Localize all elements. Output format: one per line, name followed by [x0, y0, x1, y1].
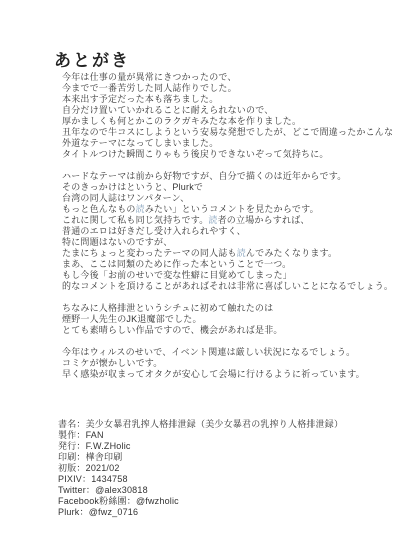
line-segment: もっと色んなもの	[62, 204, 136, 214]
afterword-line: タイトルつけた瞬間こりゃもう後戻りできないぞって気持ちに。	[62, 149, 382, 160]
colophon-separator: ：	[80, 507, 89, 517]
afterword-line: ハードなテーマは前から好物ですが、自分で描くのは近年からです。	[62, 171, 382, 182]
colophon-separator: ：	[76, 441, 85, 451]
afterword-line: 厚かましくも何とかこのラクガキみたな本を作りました。	[62, 116, 382, 127]
afterword-line: もし今後「お前のせいで変な性癖に目覚めてしまった」	[62, 270, 382, 281]
afterword-line: ちなみに人格排泄というシチュに初めて触れたのは	[62, 303, 382, 314]
colophon-row-title: 書名：美少女暴君乳搾人格排泄録（美少女暴君の乳搾り人格排泄録）	[58, 419, 343, 430]
colophon-row-publisher: 発行：F.W.ZHolic	[58, 441, 343, 452]
afterword-line: 特に問題はないのですが、	[62, 237, 382, 248]
paragraph-2: ハードなテーマは前から好物ですが、自分で描くのは近年からです。 そのきっかけはと…	[62, 171, 382, 292]
afterword-line: 的なコメントを頂けることがあればそれは非常に喜ばしいことになるでしょう。	[62, 281, 382, 292]
afterword-line: 今年は仕事の量が異常にきつかったので、	[62, 72, 382, 83]
line-segment: みたい」というコメントを見たからです。	[145, 204, 319, 214]
colophon-label: Facebook粉絲團	[58, 496, 127, 506]
colophon-label: PIXIV	[58, 474, 82, 484]
afterword-line: そのきっかけはというと、Plurkで	[62, 182, 382, 193]
colophon-row-twitter: Twitter：@alex30818	[58, 485, 343, 496]
colophon-label: 製作	[58, 430, 76, 440]
colophon-label: 発行	[58, 441, 76, 451]
afterword-page: あとがき 今年は仕事の量が異常にきつかったので、 今までで一番苦労した同人誌作り…	[0, 0, 400, 560]
colophon-value: 樺舎印刷	[86, 452, 123, 462]
paragraph-3: ちなみに人格排泄というシチュに初めて触れたのは 煙野一人先生のJK退魔部でした。…	[62, 303, 382, 336]
colophon-separator: ：	[76, 419, 85, 429]
afterword-line: これに関して私も同じ気持ちです。読者の立場からすれば、	[62, 215, 382, 226]
afterword-line: コミケが懐かしいです。	[62, 358, 382, 369]
afterword-line: 本来出す予定だった本も落ちました。	[62, 94, 382, 105]
afterword-line: 台湾の同人誌はワンパターン、	[62, 193, 382, 204]
afterword-line: 丑年なので牛コスにしようという安易な発想でしたが、どこで間違ったかこんな	[62, 127, 382, 138]
paragraph-4: 今年はウィルスのせいで、イベント関連は厳しい状況になるでしょう。 コミケが懐かし…	[62, 347, 382, 380]
colophon-row-edition: 初版：2021/02	[58, 463, 343, 474]
afterword-line: 早く感染が収まってオタクが安心して会場に行けるように祈っています。	[62, 369, 382, 380]
colophon-separator: ：	[76, 463, 85, 473]
colophon-value: @alex30818	[95, 485, 148, 495]
colophon-label: 初版	[58, 463, 76, 473]
afterword-line: 自分だけ置いていかれることに耐えられないので、	[62, 105, 382, 116]
colophon-value: FAN	[86, 430, 104, 440]
afterword-body: 今年は仕事の量が異常にきつかったので、 今までで一番苦労した同人誌作りでした。 …	[62, 72, 382, 380]
highlighted-kanji: 読	[237, 248, 246, 258]
colophon-row-pixiv: PIXIV：1434758	[58, 474, 343, 485]
afterword-line: 今年はウィルスのせいで、イベント関連は厳しい状況になるでしょう。	[62, 347, 382, 358]
line-segment: これに関して私も同じ気持ちです。	[62, 215, 208, 225]
colophon-label: 書名	[58, 419, 76, 429]
afterword-line: 煙野一人先生のJK退魔部でした。	[62, 314, 382, 325]
afterword-line: 外道なテーマになってしまいました。	[62, 138, 382, 149]
afterword-line: もっと色んなもの読みたい」というコメントを見たからです。	[62, 204, 382, 215]
highlighted-kanji: 読	[208, 215, 217, 225]
highlighted-kanji: 読	[136, 204, 145, 214]
colophon-label: Plurk	[58, 507, 80, 517]
colophon-value: 2021/02	[86, 463, 120, 473]
colophon-value: @fwz_0716	[89, 507, 138, 517]
line-segment: 者の立場からすれば、	[218, 215, 310, 225]
colophon-row-facebook: Facebook粉絲團：@fwzholic	[58, 496, 343, 507]
afterword-line: 今までで一番苦労した同人誌作りでした。	[62, 83, 382, 94]
afterword-line: とても素晴らしい作品ですので、機会があれば是非。	[62, 325, 382, 336]
colophon-separator: ：	[76, 452, 85, 462]
colophon-separator: ：	[82, 474, 91, 484]
line-segment: たまにちょっと変わったテーマの同人誌も	[62, 248, 237, 258]
colophon: 書名：美少女暴君乳搾人格排泄録（美少女暴君の乳搾り人格排泄録） 製作：FAN 発…	[58, 419, 343, 518]
afterword-line: たまにちょっと変わったテーマの同人誌も読んでみたくなります。	[62, 248, 382, 259]
colophon-row-production: 製作：FAN	[58, 430, 343, 441]
paragraph-1: 今年は仕事の量が異常にきつかったので、 今までで一番苦労した同人誌作りでした。 …	[62, 72, 382, 160]
colophon-value: F.W.ZHolic	[86, 441, 131, 451]
colophon-label: 印刷	[58, 452, 76, 462]
afterword-line: 普通のエロは好きだし受け入れられやすく、	[62, 226, 382, 237]
colophon-value: 美少女暴君乳搾人格排泄録（美少女暴君の乳搾り人格排泄録）	[86, 419, 344, 429]
colophon-separator: ：	[127, 496, 136, 506]
colophon-row-plurk: Plurk：@fwz_0716	[58, 507, 343, 518]
line-segment: んでみたくなります。	[246, 248, 337, 258]
colophon-separator: ：	[86, 485, 95, 495]
colophon-value: 1434758	[91, 474, 127, 484]
colophon-row-printer: 印刷：樺舎印刷	[58, 452, 343, 463]
page-title: あとがき	[54, 46, 130, 71]
colophon-label: Twitter	[58, 485, 86, 495]
afterword-line: まあ、ここは同類のために作った本ということで一つ。	[62, 259, 382, 270]
colophon-value: @fwzholic	[136, 496, 179, 506]
colophon-separator: ：	[76, 430, 85, 440]
